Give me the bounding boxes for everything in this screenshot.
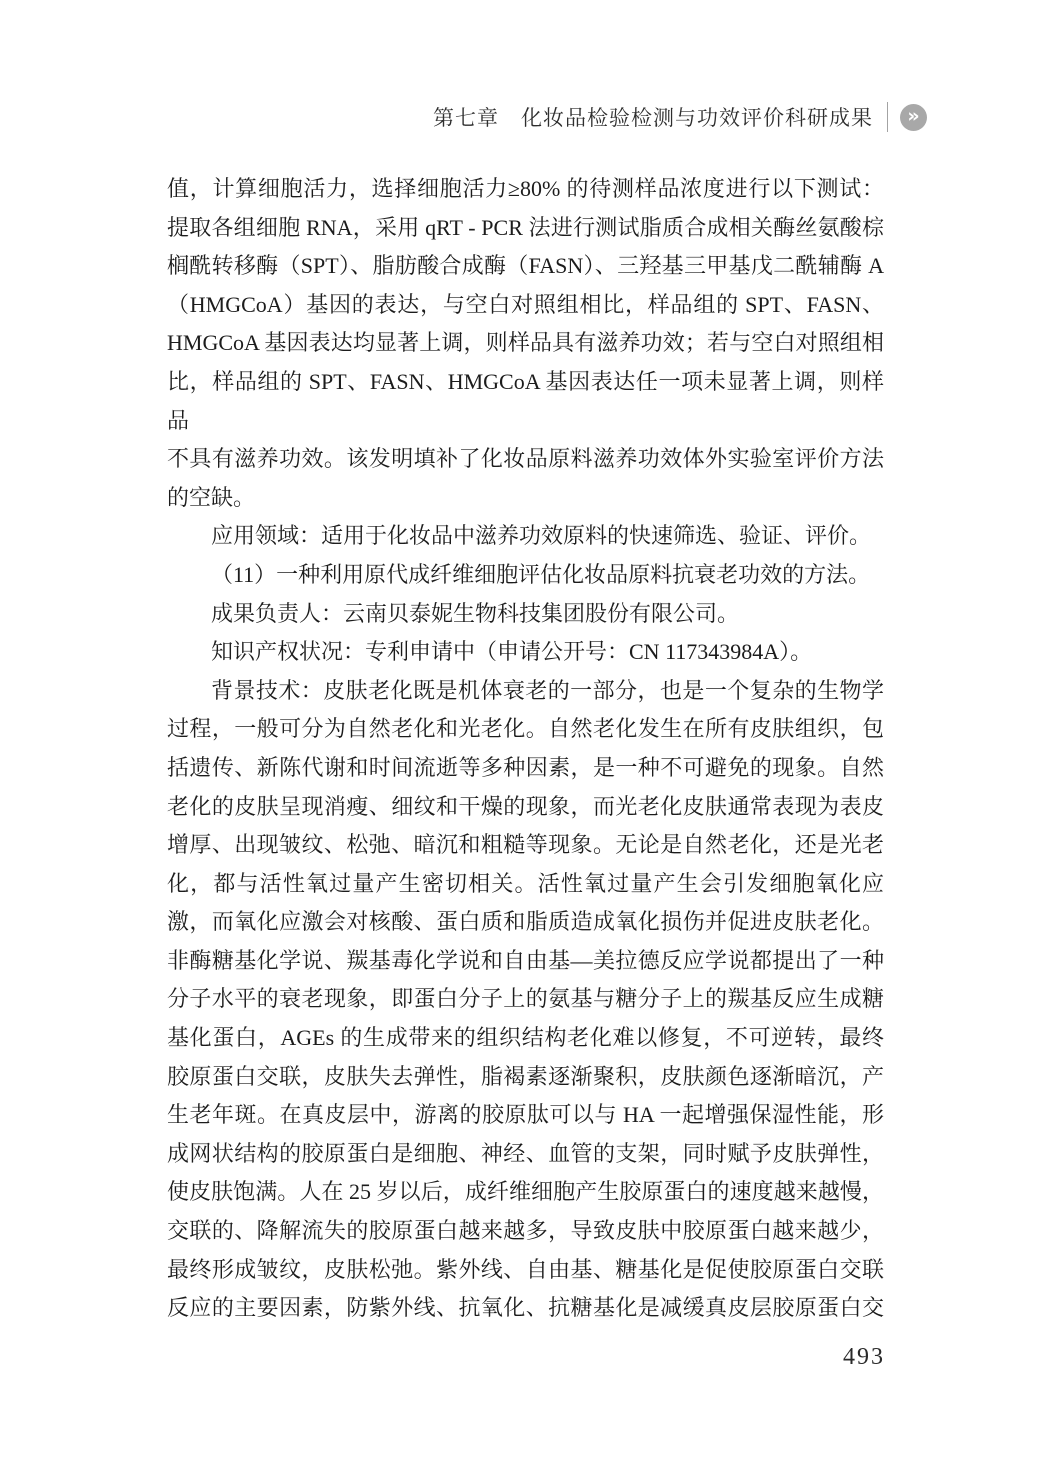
text-line: 应用领域：适用于化妆品中滋养功效原料的快速筛选、验证、评价。 [167,517,884,556]
text-line: 成网状结构的胶原蛋白是细胞、神经、血管的支架，同时赋予皮肤弹性， [167,1135,884,1174]
text-line: 成果负责人：云南贝泰妮生物科技集团股份有限公司。 [167,595,884,634]
text-line: 化，都与活性氧过量产生密切相关。活性氧过量产生会引发细胞氧化应 [167,865,884,904]
book-page: 第七章 化妆品检验检测与功效评价科研成果 » 值，计算细胞活力，选择细胞活力≥8… [0,0,1045,1458]
text-line: 基化蛋白，AGEs 的生成带来的组织结构老化难以修复，不可逆转，最终 [167,1019,884,1058]
text-line: 使皮肤饱满。人在 25 岁以后，成纤维细胞产生胶原蛋白的速度越来越慢， [167,1173,884,1212]
text-line: （11）一种利用原代成纤维细胞评估化妆品原料抗衰老功效的方法。 [167,556,884,595]
text-line: 榈酰转移酶（SPT）、脂肪酸合成酶（FASN）、三羟基三甲基戊二酰辅酶 A [167,247,884,286]
text-line: 最终形成皱纹，皮肤松弛。紫外线、自由基、糖基化是促使胶原蛋白交联 [167,1251,884,1290]
double-chevron-right-icon: » [900,104,927,131]
text-line: 非酶糖基化学说、羰基毒化学说和自由基—美拉德反应学说都提出了一种 [167,942,884,981]
text-line: 反应的主要因素，防紫外线、抗氧化、抗糖基化是减缓真皮层胶原蛋白交 [167,1289,884,1328]
chapter-title: 第七章 化妆品检验检测与功效评价科研成果 [433,102,873,132]
text-line: 过程，一般可分为自然老化和光老化。自然老化发生在所有皮肤组织，包 [167,710,884,749]
text-line: 不具有滋养功效。该发明填补了化妆品原料滋养功效体外实验室评价方法 [167,440,884,479]
text-line: 背景技术：皮肤老化既是机体衰老的一部分，也是一个复杂的生物学 [167,672,884,711]
text-line: 胶原蛋白交联，皮肤失去弹性，脂褐素逐渐聚积，皮肤颜色逐渐暗沉，产 [167,1058,884,1097]
body-lines: 值，计算细胞活力，选择细胞活力≥80% 的待测样品浓度进行以下测试：提取各组细胞… [167,170,884,1328]
text-line: 值，计算细胞活力，选择细胞活力≥80% 的待测样品浓度进行以下测试： [167,170,884,209]
text-line: 生老年斑。在真皮层中，游离的胶原肽可以与 HA 一起增强保湿性能，形 [167,1096,884,1135]
text-line: 比，样品组的 SPT、FASN、HMGCoA 基因表达任一项未显著上调，则样品 [167,363,884,440]
text-line: 分子水平的衰老现象，即蛋白分子上的氨基与糖分子上的羰基反应生成糖 [167,980,884,1019]
text-line: 的空缺。 [167,479,884,518]
text-line: 括遗传、新陈代谢和时间流逝等多种因素，是一种不可避免的现象。自然 [167,749,884,788]
text-line: HMGCoA 基因表达均显著上调，则样品具有滋养功效；若与空白对照组相 [167,324,884,363]
text-line: （HMGCoA）基因的表达，与空白对照组相比，样品组的 SPT、FASN、 [167,286,884,325]
text-line: 老化的皮肤呈现消瘦、细纹和干燥的现象，而光老化皮肤通常表现为表皮 [167,788,884,827]
text-line: 增厚、出现皱纹、松弛、暗沉和粗糙等现象。无论是自然老化，还是光老 [167,826,884,865]
text-line: 交联的、降解流失的胶原蛋白越来越多，导致皮肤中胶原蛋白越来越少， [167,1212,884,1251]
text-line: 激，而氧化应激会对核酸、蛋白质和脂质造成氧化损伤并促进皮肤老化。 [167,903,884,942]
text-line: 提取各组细胞 RNA，采用 qRT - PCR 法进行测试脂质合成相关酶丝氨酸棕 [167,209,884,248]
text-line: 知识产权状况：专利申请中（申请公开号：CN 117343984A）。 [167,633,884,672]
page-number: 493 [843,1344,885,1371]
header-divider [887,102,888,132]
running-header: 第七章 化妆品检验检测与功效评价科研成果 » [0,102,927,132]
